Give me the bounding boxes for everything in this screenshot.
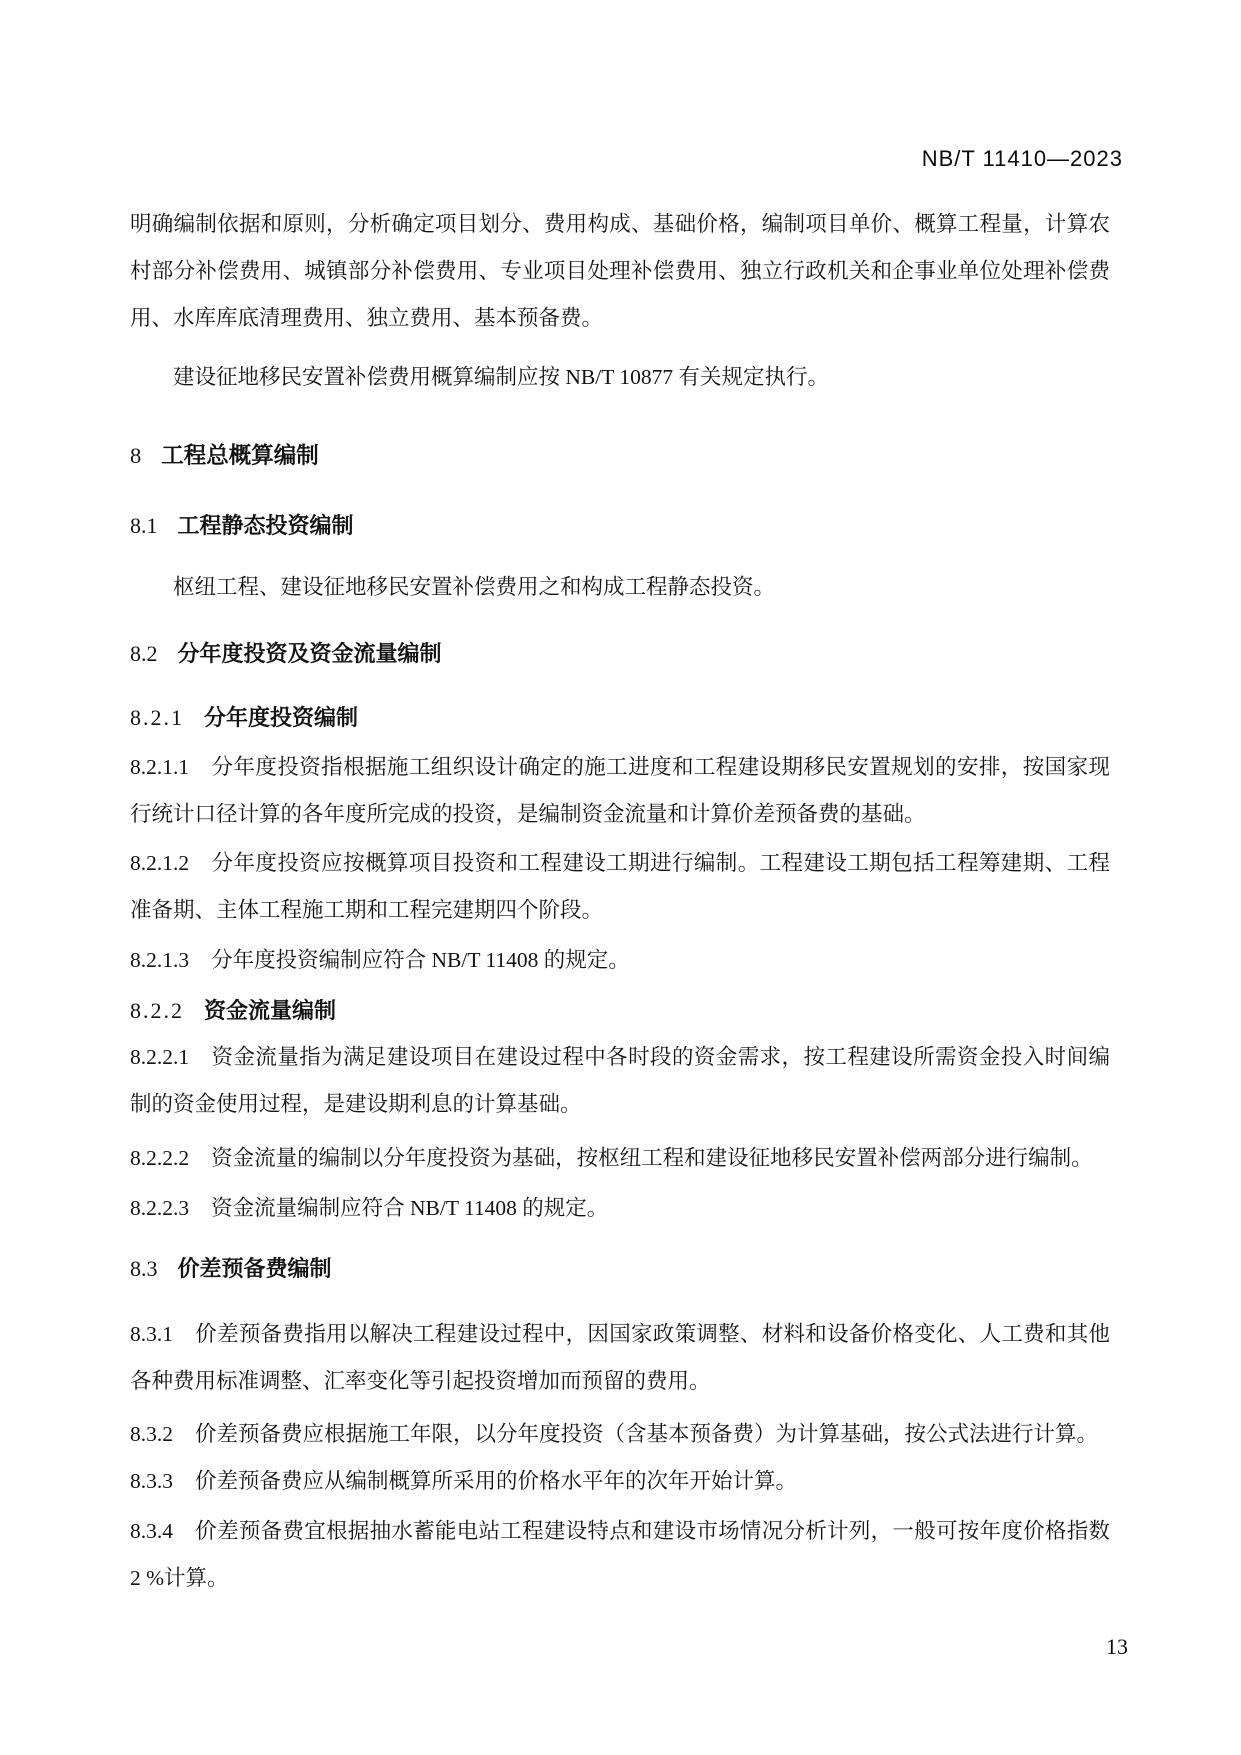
- clause-8-2-2-2-text: 资金流量的编制以分年度投资为基础，按枢纽工程和建设征地移民安置补偿两部分进行编制…: [211, 1146, 1093, 1170]
- clause-8-3-3-number: 8.3.3: [130, 1469, 173, 1493]
- heading-8-2-title: 分年度投资及资金流量编制: [178, 641, 442, 666]
- paragraph-nbt10877: 建设征地移民安置补偿费用概算编制应按 NB/T 10877 有关规定执行。: [130, 354, 1110, 401]
- clause-8-2-1-3: 8.2.1.3分年度投资编制应符合 NB/T 11408 的规定。: [130, 937, 1110, 984]
- heading-8-3-title: 价差预备费编制: [178, 1256, 332, 1281]
- paragraph-continuation: 明确编制依据和原则，分析确定项目划分、费用构成、基础价格，编制项目单价、概算工程…: [130, 201, 1110, 342]
- clause-8-2-1-1-number: 8.2.1.1: [130, 755, 189, 779]
- clause-8-2-2-1-text: 资金流量指为满足建设项目在建设过程中各时段的资金需求，按工程建设所需资金投入时间…: [130, 1045, 1110, 1116]
- clause-8-2-2-3-text: 资金流量编制应符合 NB/T 11408 的规定。: [211, 1196, 608, 1220]
- clause-8-2-1-2-number: 8.2.1.2: [130, 851, 189, 875]
- heading-8-2-number: 8.2: [130, 641, 158, 666]
- clause-8-3-3-text: 价差预备费应从编制概算所采用的价格水平年的次年开始计算。: [195, 1469, 797, 1493]
- heading-8-2-2: 8.2.2资金流量编制: [130, 987, 1110, 1034]
- heading-8: 8工程总概算编制: [130, 432, 1110, 479]
- heading-8-1-title: 工程静态投资编制: [178, 513, 354, 538]
- clause-8-3-4: 8.3.4价差预备费宜根据抽水蓄能电站工程建设特点和建设市场情况分析计列，一般可…: [130, 1508, 1110, 1602]
- clause-8-3-4-number: 8.3.4: [130, 1519, 173, 1543]
- clause-8-3-4-text: 价差预备费宜根据抽水蓄能电站工程建设特点和建设市场情况分析计列，一般可按年度价格…: [130, 1519, 1110, 1590]
- heading-8-2-1: 8.2.1分年度投资编制: [130, 694, 1110, 741]
- clause-8-3-1-text: 价差预备费指用以解决工程建设过程中，因国家政策调整、材料和设备价格变化、人工费和…: [130, 1322, 1110, 1393]
- heading-8-1: 8.1工程静态投资编制: [130, 502, 1110, 549]
- heading-8-title: 工程总概算编制: [161, 443, 319, 468]
- clause-8-2-1-2: 8.2.1.2分年度投资应按概算项目投资和工程建设工期进行编制。工程建设工期包括…: [130, 840, 1110, 934]
- page-number: 13: [1106, 1634, 1128, 1660]
- clause-8-2-1-3-text: 分年度投资编制应符合 NB/T 11408 的规定。: [211, 948, 630, 972]
- clause-8-3-2: 8.3.2价差预备费应根据施工年限，以分年度投资（含基本预备费）为计算基础，按公…: [130, 1411, 1110, 1458]
- clause-8-2-1-3-number: 8.2.1.3: [130, 948, 189, 972]
- standard-number-header: NB/T 11410—2023: [922, 146, 1123, 172]
- clause-8-3-1: 8.3.1价差预备费指用以解决工程建设过程中，因国家政策调整、材料和设备价格变化…: [130, 1311, 1110, 1405]
- clause-8-2-2-1-number: 8.2.2.1: [130, 1045, 189, 1069]
- clause-8-2-1-1-text: 分年度投资指根据施工组织设计确定的施工进度和工程建设期移民安置规划的安排，按国家…: [130, 755, 1110, 826]
- paragraph-static-investment: 枢纽工程、建设征地移民安置补偿费用之和构成工程静态投资。: [130, 564, 1110, 611]
- clause-8-2-2-3-number: 8.2.2.3: [130, 1196, 189, 1220]
- clause-8-2-2-1: 8.2.2.1资金流量指为满足建设项目在建设过程中各时段的资金需求，按工程建设所…: [130, 1034, 1110, 1128]
- document-body: 明确编制依据和原则，分析确定项目划分、费用构成、基础价格，编制项目单价、概算工程…: [130, 192, 1110, 1602]
- clause-8-2-2-3: 8.2.2.3资金流量编制应符合 NB/T 11408 的规定。: [130, 1185, 1110, 1232]
- heading-8-2-2-title: 资金流量编制: [204, 998, 336, 1023]
- clause-8-3-2-number: 8.3.2: [130, 1422, 173, 1446]
- heading-8-1-number: 8.1: [130, 513, 158, 538]
- clause-8-3-2-text: 价差预备费应根据施工年限，以分年度投资（含基本预备费）为计算基础，按公式法进行计…: [195, 1422, 1098, 1446]
- clause-8-2-1-1: 8.2.1.1分年度投资指根据施工组织设计确定的施工进度和工程建设期移民安置规划…: [130, 744, 1110, 838]
- heading-8-2-1-number: 8.2.1: [130, 705, 184, 730]
- heading-8-2-1-title: 分年度投资编制: [204, 705, 358, 730]
- clause-8-3-1-number: 8.3.1: [130, 1322, 173, 1346]
- heading-8-3-number: 8.3: [130, 1256, 158, 1281]
- document-page: NB/T 11410—2023 明确编制依据和原则，分析确定项目划分、费用构成、…: [0, 0, 1241, 1755]
- clause-8-2-1-2-text: 分年度投资应按概算项目投资和工程建设工期进行编制。工程建设工期包括工程筹建期、工…: [130, 851, 1110, 922]
- heading-8-2: 8.2分年度投资及资金流量编制: [130, 630, 1110, 677]
- heading-8-number: 8: [130, 443, 141, 468]
- clause-8-2-2-2-number: 8.2.2.2: [130, 1146, 189, 1170]
- clause-8-3-3: 8.3.3价差预备费应从编制概算所采用的价格水平年的次年开始计算。: [130, 1458, 1110, 1505]
- heading-8-3: 8.3价差预备费编制: [130, 1245, 1110, 1292]
- clause-8-2-2-2: 8.2.2.2资金流量的编制以分年度投资为基础，按枢纽工程和建设征地移民安置补偿…: [130, 1135, 1110, 1182]
- heading-8-2-2-number: 8.2.2: [130, 998, 184, 1023]
